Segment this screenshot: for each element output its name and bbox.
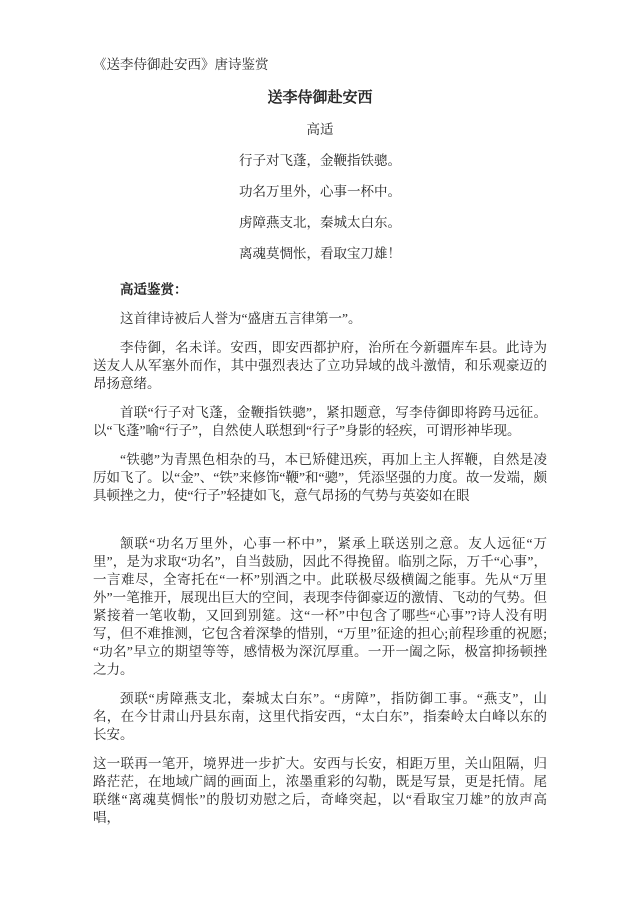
appreciation-paragraph: 李侍御，名未详。安西，即安西都护府，治所在今新疆库车县。此诗为送友人从军塞外而作… <box>93 339 547 393</box>
appreciation-section: 高适鉴赏： 这首律诗被后人誉为“盛唐五言律第一”。 李侍御，名未详。安西，即安西… <box>93 281 547 827</box>
poem-line: 功名万里外，心事一杯中。 <box>93 183 547 201</box>
poem-section: 送李侍御赴安西 高适 行子对飞蓬，金鞭指铁骢。 功名万里外，心事一杯中。 虏障燕… <box>93 88 547 263</box>
appreciation-paragraph: 颔联“功名万里外，心事一杯中”，紧承上联送别之意。友人远征“万里”，是为求取“功… <box>93 535 547 679</box>
poem-line: 虏障燕支北，秦城太白东。 <box>93 214 547 232</box>
appreciation-paragraph: 这首律诗被后人誉为“盛唐五言律第一”。 <box>93 310 547 328</box>
document-header: 《送李侍御赴安西》唐诗鉴赏 <box>93 56 547 74</box>
appreciation-heading: 高适鉴赏： <box>93 281 547 299</box>
poem-line: 行子对飞蓬，金鞭指铁骢。 <box>93 152 547 170</box>
appreciation-paragraph: “铁骢”为青黑色相杂的马，本已矫健迅疾，再加上主人挥鞭，自然是凌厉如飞了。以“金… <box>93 451 547 505</box>
appreciation-paragraph: 这一联再一笔开，境界进一步扩大。安西与长安，相距万里，关山阻隔，归路茫茫，在地域… <box>93 755 547 827</box>
poem-line: 离魂莫惆怅，看取宝刀雄！ <box>93 245 547 263</box>
poem-title: 送李侍御赴安西 <box>93 88 547 108</box>
appreciation-paragraph: 颈联“虏障燕支北，秦城太白东”。“虏障”，指防御工事。“燕支”，山名，在今甘肃山… <box>93 690 547 744</box>
appreciation-paragraph: 首联“行子对飞蓬，金鞭指铁骢”，紧扣题意，写李侍御即将跨马远征。以“飞蓬”喻“行… <box>93 404 547 440</box>
poem-author: 高适 <box>93 121 547 139</box>
document-page: 《送李侍御赴安西》唐诗鉴赏 送李侍御赴安西 高适 行子对飞蓬，金鞭指铁骢。 功名… <box>0 0 640 906</box>
